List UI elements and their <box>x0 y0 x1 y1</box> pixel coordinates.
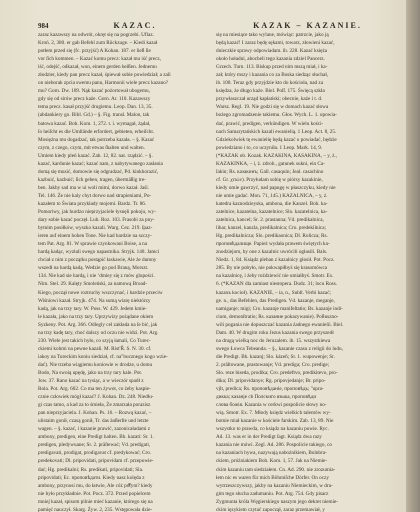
text-line: cznie człowiek mógł kazać? J. Kohan. Dz.… <box>38 393 208 401</box>
text-line: na trzy kadę tary, choć dalszy od oczu n… <box>38 329 208 337</box>
left-text-column: zaraz kazawszy na odwrót, okręt się na p… <box>38 31 208 512</box>
text-line: vjlt, predica; Rs. проповѣданіе, проповѣ… <box>216 385 400 393</box>
text-line: mu? Gorn. Dw. 189. Nąk kazać pożortował … <box>38 87 208 95</box>
text-line: vor ſich kommen. – Kazać komu precz: kaz… <box>38 55 208 63</box>
text-line: dika; Dl. pripovidanye; Rg. pripovjedanj… <box>216 377 400 385</box>
text-line: predigen, pledywuane; Sr. 2. präſtewać; … <box>38 441 208 449</box>
text-line: katedra kaznodzieyska, ambona, die Kanze… <box>216 200 400 208</box>
text-line: слова божія. Kazania w cerkwi pospolicie… <box>216 401 400 409</box>
text-line: kazałem to Świata przykłady mojemi. Bard… <box>38 200 208 208</box>
text-line: kiedy umie gawrzyć, nad papugę w płaszcz… <box>216 184 400 192</box>
text-line: Pomoriwy, jak hurdzo nieprzyjaciele łysn… <box>38 208 208 216</box>
dictionary-page: 984 KAZAC. KAZAK – KAZANIE. zaraz kazaws… <box>0 0 406 512</box>
text-line: KAZAKINKA, – i, ż. zdrob., gatunek sukni… <box>216 160 400 168</box>
text-line: wagen. – §. kazać, i kazanie prawić, zaz… <box>38 425 208 433</box>
text-line: ckiem, próżniakiem Boh. Kom. 1, 57. Jak … <box>216 457 400 465</box>
text-line: potłem przed się (fc. przyjść) A Kohan. … <box>38 47 208 55</box>
text-line: cium, demonſtratio; Rs. казание pokazywa… <box>216 313 400 321</box>
text-line: wszedł na hardą kadą. Wedzie go pod Bran… <box>38 264 208 272</box>
text-line: Hg. predikalnicza; Slo. predikaonica; Dl… <box>216 232 400 240</box>
text-line: tem Pat. Arg. 81. W sprawie czynkowani B… <box>38 240 208 248</box>
text-line: ambony, predigen, eine Predigt halten. B… <box>38 433 208 441</box>
text-line: wytrzeszczywszy, jakby na kazaniu Niemie… <box>216 482 400 490</box>
text-line: wszystko to prawda, co ksiądz na kazaniu… <box>216 425 400 433</box>
text-line: gdy się od sirów precz każe. Gorn. Ar. 1… <box>38 95 208 103</box>
text-line: namiganje; migi; Cro. kazanje manifeſtat… <box>216 305 400 313</box>
text-line: Grzech. Turn. 113. Biskup przed nim mszą… <box>216 63 400 71</box>
text-line: powiedziano i to, co uczyniła. 1 Leop. M… <box>216 144 400 152</box>
text-line: znodziejom, by one z kazalnic uwrócili o… <box>216 248 400 256</box>
right-text-column: się na miesiące tako wylane, mówiąc: pat… <box>216 31 400 512</box>
text-line: kazania nie mówi. Zegl. Ad. 286. Pospoli… <box>216 441 400 449</box>
text-line: kadą, jak na trzy tary. W. Poss. W. 429.… <box>38 305 208 313</box>
text-line: ge. n., das Befehlen, das Predigen. Vd. … <box>216 297 400 305</box>
text-line: проповѣдалище. Papież wydała prawem świę… <box>216 240 400 248</box>
text-line: pan nieprzyjaciela. J. Kohan. Ps. 16. – … <box>38 409 208 417</box>
text-line: Nim. Stel. 29. Kalęty Smoleński, za namo… <box>38 280 208 288</box>
text-line: swego Łowca Tebeanda. – §., kazanie czas… <box>216 345 400 353</box>
text-line: die Predigt. Bh. kazanj; Slo. kázeň; Sr.… <box>216 353 400 361</box>
text-line: ckim ięzykiem czytać zapoczął, zaraz prz… <box>216 506 400 512</box>
text-line: predekovati; Dl. pripovidati, pripovidam… <box>38 457 208 465</box>
text-line: wili pogania nie dopuszczać kazania żadn… <box>216 321 400 329</box>
text-line: Mosiężna mu dogadzać, tak potrzeba kazał… <box>38 136 208 144</box>
running-header-left: KAZAC. <box>60 21 210 30</box>
text-line: księdza, że długo każe. Biel. Poſſ. 175.… <box>216 87 400 95</box>
text-line: kazanъ kocioł). KAZANIE, – ia, n., Subſt… <box>216 289 400 297</box>
book-gutter-shadow <box>406 0 420 512</box>
text-line: hardą kadąc, wyzłali swego napastnika. S… <box>38 248 208 256</box>
text-line: (*KAZAK ob. Kozak. KAZAKINA, KASAKINA, –… <box>216 152 400 160</box>
text-line: botnie miał kazanie w kościele farskim. … <box>216 417 400 425</box>
text-line: batowa kazać. Boh. Kom. 1, 272. t. i. wy… <box>38 120 208 128</box>
text-line: wią. Smotr. Ex. 7. Młody księdz wielkich… <box>216 409 400 417</box>
text-line: Syzkeny. Pot. Arg. 366. Odlegly cel zakł… <box>38 321 208 329</box>
text-line: będą kazać! I zaraz będę sękami, towarz,… <box>216 39 400 47</box>
text-line: ſakin; Rs. казакинъ; Gall. casaquin; Jea… <box>216 168 400 176</box>
text-line: chciał z nim z początku postąpić łaskawi… <box>38 256 208 264</box>
text-line: zał; który mszy i kazania co za Boska si… <box>216 71 400 79</box>
text-line: Rola. Pot. Arg. 602. Co ma ten żywot, co… <box>38 385 208 393</box>
text-line: dnieczkie sprawy odpowiadam. ib. 228. Ka… <box>216 47 400 55</box>
text-line: domą się musić, domowie się odgradzać, P… <box>38 168 208 176</box>
text-line: zaraz kazawszy na odwrót, okręt się na p… <box>38 31 208 39</box>
page-number: 984 <box>38 22 49 30</box>
text-line: dać). Nie trzeba wiągiemu koniowie w dro… <box>38 361 208 369</box>
text-line: przywłaszczał urząd kapłański; obecnie, … <box>216 95 400 103</box>
text-line: nie umie gadać. Mon. 71, 145.) KAZALNICA… <box>216 192 400 200</box>
text-line: Bodo, Na swoią upędę, jako na trzy tary … <box>38 369 208 377</box>
text-line: ſo heiſcht es die Umſtände erfordert, ge… <box>38 128 208 136</box>
text-line: zatelnice, kazatelna, kazatelnice; Slo. … <box>216 208 400 216</box>
text-line: gi czas tamo, a kad za to śmieła, Że zma… <box>38 401 208 409</box>
text-line: zatelnica, kancel; Sr. 2. prastanna; Vd.… <box>216 216 400 224</box>
text-line: na drugą wielką noc do Jeruzalem. ib. 15… <box>216 337 400 345</box>
text-line: Kroń. 2, 380. er gab Befehl zum Rückzuge… <box>38 39 208 47</box>
text-line: Jow. 37. Rano kazać na tysiąc, a w wiecz… <box>38 377 208 385</box>
text-line: ben. Jakby sad ma w ui woli mimi, dorwo … <box>38 184 208 192</box>
running-header-right: KAZAK – KAZANIE. <box>215 21 400 30</box>
text-line: 285. By nie pobyło, nie pokwapiłbyś się … <box>216 264 400 272</box>
text-line: dać, prawić, predigen, verkündigen. W wi… <box>216 120 400 128</box>
text-line: Wiśniowi kazał. Stryjk. 474. Na sumą wia… <box>38 297 208 305</box>
text-line: iakoy na Tureckim koniu siedział, cf. na… <box>38 353 208 361</box>
text-line: Zygmunta króla Węgierskiego naszym jego … <box>216 498 400 506</box>
text-line: czym, z czego, czym, mit etwas ſhalten u… <box>38 144 208 152</box>
text-line: (abdankiery go. Bibl. Gd.) – §. Fig. tra… <box>38 111 208 119</box>
text-line: ambony, przynosi mu, do łatwie, Ale cóż … <box>38 482 208 490</box>
text-line: kazać, kardunie kazać; kazać nam, z naby… <box>38 160 208 168</box>
text-line: dać; Hg. predikalni; Rs. predikati, prip… <box>38 466 208 474</box>
signature-mark: * <box>128 483 131 489</box>
text-line: mniej kazał, spisom pilnie mieć kazanie,… <box>38 498 208 506</box>
text-line: gim tego słucha zadumaniu. Pot. Arg. 754… <box>216 490 400 498</box>
text-line: le kazała, jako na trzy tary. Uprzywizy … <box>38 313 208 321</box>
text-line: złodzier, kiedy pan precz kazał, śpiewał… <box>38 71 208 79</box>
text-line: Ad. 13. was er in der Predigt ſagt. Ksią… <box>216 433 400 441</box>
text-line: on nieborak zpcia swemu panu, Harmonii w… <box>38 79 208 87</box>
text-line: się na miesiące tako wylane, mówiąc: pat… <box>216 31 400 39</box>
text-line: na kazalnicę, i żeby roździewić nie umia… <box>216 272 400 280</box>
text-line: predigavati, prodigat, prodigavat cf. pr… <box>38 449 208 457</box>
text-line: ulistaim gonił, czasą gonił, Tr. das äuß… <box>38 417 208 425</box>
text-line: Kiego, począł nowe roztruchy wszczynać, … <box>38 289 208 297</box>
text-line: 2. präſtowane, prastowanje; Vd. prediga;… <box>216 361 400 369</box>
text-line: kazbuić, kazbuić; ſich geben, tragen, üb… <box>38 176 208 184</box>
text-line: tema precz. kasał przyjść drugiemu. Leop… <box>38 103 208 111</box>
text-line: Warsz. Regl. 19. Nie godzi się w domach … <box>216 103 400 111</box>
text-line: iść, odejść, odkazał, won, einem gerden … <box>38 63 208 71</box>
text-line: lihar, kanzel, kanzla, predikalnica; Cro… <box>216 224 400 232</box>
text-line: Niedz. 1, 84. Ksiądz pleban z kazalnicy … <box>216 256 400 264</box>
text-line: bytnim posiłków, wyszko kazali. Warg. Ce… <box>38 224 208 232</box>
text-line: 134. Nie kad sie hardą, i nie ʼdmiey się… <box>38 272 208 280</box>
text-line: około hoładni, abocheli tego kazania zdz… <box>216 55 400 63</box>
text-line: ib. 108. Teraz gdy przyjdzie kto do kośc… <box>216 79 400 87</box>
text-line: Dam. 40. W drugim roku Jezus kazania swe… <box>216 329 400 337</box>
text-line: dary sobie kazać poczęł. Lub. Roz. 103. … <box>38 216 208 224</box>
text-line: Tel. 146. Że nie kaly chyt dorwo nad str… <box>38 192 208 200</box>
text-line: Umiem kiedy pleń kazać. Zab. 12, 82. nat… <box>38 152 208 160</box>
text-line: ckiemi kohmi na pewne kazali. M. Rist'Ř.… <box>38 345 208 353</box>
text-line: Slo. reze biseda, prodika; Cro. predeftv… <box>216 369 400 377</box>
text-line: bożego zgromadzenie takiemu. Głos. Wych.… <box>216 111 400 119</box>
text-line: Gdziekolwiek tę ewanielię będą kazać o p… <box>216 136 400 144</box>
text-line: pripovidati; Ec. проповѣдати. Kiedy nasz… <box>38 474 208 482</box>
text-line: 230. Wiele jest takich było, co szyją ła… <box>38 337 208 345</box>
text-line: cf. Gr. χιτών). Przyłudam sobię w piórsy… <box>216 176 400 184</box>
text-line: ckim kazaniu tam siedziałem. Cn. Ad. 290… <box>216 466 400 474</box>
text-line: pamięć nauczył. Skarg. Żyw. 2, 235. Wstę… <box>38 506 208 512</box>
text-line: nach Samarytańskich kazali ewanielią. 1 … <box>216 128 400 136</box>
text-line: 6. (*KAZAN dla zamiast niestopera. Dudz.… <box>216 280 400 288</box>
text-line: nie było przykładnie. Pot. Pocz. 372. Pr… <box>38 490 208 498</box>
text-line: дикка; казанje cb Полскиго языка, пропов… <box>216 393 400 401</box>
text-line: na kazaniach bywa, nazywają nabożnikiem,… <box>216 449 400 457</box>
text-line: ieren auf einem hohen Tone. Nie kad hard… <box>38 232 208 240</box>
text-line: łem nic es waren für mich Böhmiſche Dörf… <box>216 474 400 482</box>
